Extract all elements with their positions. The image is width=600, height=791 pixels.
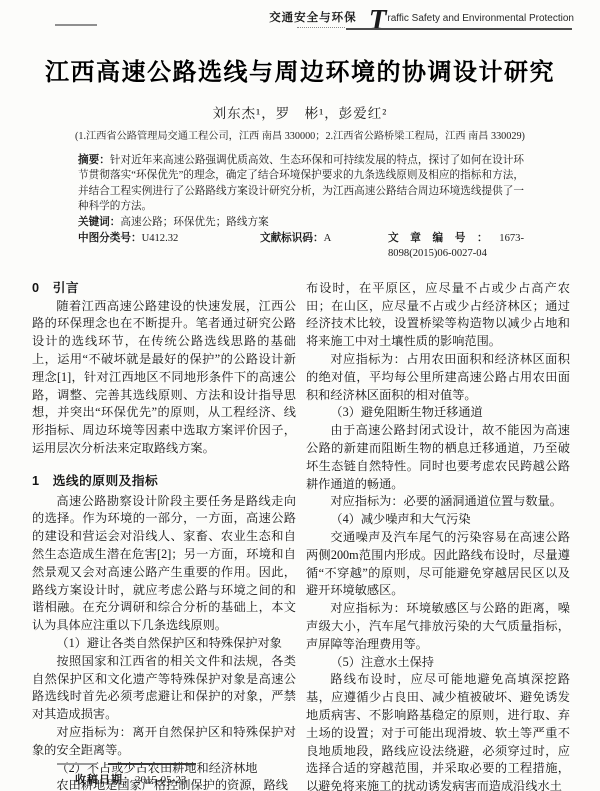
received-date-label: 收稿日期： xyxy=(75,774,135,786)
document-code: 文献标识码：A xyxy=(260,231,388,262)
body-paragraph: 对应指标为：必要的涵洞通道位置与数量。 xyxy=(306,493,570,511)
footnote-rule-short xyxy=(57,763,97,765)
classification-row: 中图分类号：U412.32 文献标识码：A 文章编号：1673-8098(201… xyxy=(78,231,524,262)
meta-block: 摘要：针对近年来高速公路强调优质高效、生态环保和可持续发展的特点，探讨了如何在设… xyxy=(78,153,524,262)
body-paragraph: 高速公路勘察设计阶段主要任务是路线走向的选择。作为环境的一部分，一方面，高速公路… xyxy=(32,493,296,635)
article-id: 文章编号：1673-8098(2015)06-0027-04 xyxy=(388,231,524,262)
body-paragraph-continuation: 布设时，在平原区，应尽量不占或少占高产农田；在山区，应尽量不占或少占经济林区；通… xyxy=(306,280,570,351)
abstract-text: 针对近年来高速公路强调优质高效、生态环保和可持续发展的特点，探讨了如何在设计环节… xyxy=(78,155,524,212)
journal-header: 交通安全与环保Traffic Safety and Environmental … xyxy=(0,0,600,32)
body-paragraph: 对应指标为：离开自然保护区和特殊保护对象的安全距离等。 xyxy=(32,724,296,760)
abstract-label: 摘要： xyxy=(78,154,110,166)
body-paragraph: 交通噪声及汽车尾气的污染容易在高速公路两侧200m范围内形成。因此路线布设时，尽… xyxy=(306,529,570,600)
affiliation-line: (1.江西省公路管理局交通工程公司，江西 南昌 330000；2.江西省公路桥梁… xyxy=(0,127,600,142)
body-paragraph: 由于高速公路封闭式设计，故不能因为高速公路的新建而阻断生物的栖息迁移通道，乃至破… xyxy=(306,422,570,493)
received-date-line: 收稿日期：2015-05-23 xyxy=(75,771,186,787)
authors-line: 刘东杰¹，罗 彬¹，彭爱红² xyxy=(0,102,600,122)
keywords-label: 关键词： xyxy=(78,216,120,228)
list-item-3: （3）避免阻断生物迁移通道 xyxy=(306,404,570,422)
list-item-5: （5）注意水土保持 xyxy=(306,654,570,672)
list-item-4: （4）减少噪声和大气污染 xyxy=(306,511,570,529)
paper-page: 交通安全与环保Traffic Safety and Environmental … xyxy=(0,0,600,791)
section-heading-intro: 0 引言 xyxy=(32,280,296,298)
footnote-rule-long xyxy=(108,763,196,765)
journal-name: 交通安全与环保Traffic Safety and Environmental … xyxy=(269,4,574,37)
clc-number: 中图分类号：U412.32 xyxy=(78,231,260,262)
list-item-1: （1）避让各类自然保护区和特殊保护对象 xyxy=(32,635,296,653)
body-paragraph: 随着江西高速公路建设的快速发展，江西公路的环保理念也在不断提升。笔者通过研究公路… xyxy=(32,298,296,458)
right-column: 布设时，在平原区，应尽量不占或少占高产农田；在山区，应尽量不占或少占经济林区；通… xyxy=(306,280,570,791)
journal-name-chinese: 交通安全与环保 xyxy=(269,12,357,24)
section-heading-principles: 1 选线的原则及指标 xyxy=(32,473,296,491)
journal-name-english: raffic Safety and Environmental Protecti… xyxy=(387,13,574,24)
received-date-value: 2015-05-23 xyxy=(135,774,186,786)
header-rule xyxy=(346,28,572,30)
body-paragraph: 对应指标为：环境敏感区与公路的距离，噪声级大小，汽车尾气排放污染的大气质量指标，… xyxy=(306,600,570,653)
keywords: 关键词：高速公路；环保优先；路线方案 xyxy=(78,215,524,230)
scan-artifact-line xyxy=(55,24,97,26)
body-paragraph: 对应指标为：占用农田面积和经济林区面积的绝对值，平均每公里所建高速公路占用农田面… xyxy=(306,351,570,404)
body-paragraph: 按照国家和江西省的相关文件和法规，各类自然保护区和文化遗产等特殊保护对象是高速公… xyxy=(32,653,296,724)
abstract: 摘要：针对近年来高速公路强调优质高效、生态环保和可持续发展的特点，探讨了如何在设… xyxy=(78,153,524,215)
paper-title: 江西高速公路选线与周边环境的协调设计研究 xyxy=(0,58,600,88)
keywords-text: 高速公路；环保优先；路线方案 xyxy=(120,217,268,228)
journal-logo-t-icon: T xyxy=(369,4,387,36)
left-column: 0 引言 随着江西高速公路建设的快速发展，江西公路的环保理念也在不断提升。笔者通… xyxy=(32,280,296,791)
body-paragraph: 路线布设时，应尽可能地避免高填深挖路基，应遵循少占良田、减少植被破坏、避免诱发地… xyxy=(306,671,570,791)
body-columns: 0 引言 随着江西高速公路建设的快速发展，江西公路的环保理念也在不断提升。笔者通… xyxy=(32,280,570,791)
